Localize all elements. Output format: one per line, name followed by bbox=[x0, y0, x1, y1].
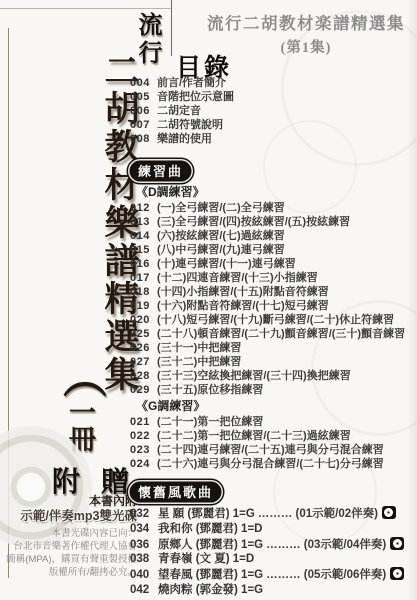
toc-item: 023(二十四)連弓練習/(二十五)連弓與分弓混合練習 bbox=[130, 443, 417, 457]
header-title: 流行二胡教材楽譜精選集 bbox=[200, 10, 412, 34]
toc-list: 004前言/作者簡介 005音階把位示意圖 006二胡定音 007二胡符號說明 … bbox=[130, 76, 417, 598]
item-title: (二十四)連弓練習/(二十五)連弓與分弓混合練習 bbox=[157, 444, 384, 456]
item-title: (十八)短弓練習/(十九)斷弓練習/(二十)休止符練習 bbox=[157, 314, 394, 326]
cd-track-info: ……… (05示範/06伴奏) bbox=[266, 569, 386, 581]
toc-item: 027(三十二)中把練習 bbox=[130, 355, 417, 369]
copyright-note: 本書光碟內容已向： 台北市音樂著作權代理人協會 簡稱(MPA)，購買有聲重製授權… bbox=[4, 527, 137, 579]
toc-item: 017(十二)四連音練習/(十三)小指練習 bbox=[130, 271, 417, 285]
toc-item: 029(三十五)原位移指練習 bbox=[130, 383, 417, 397]
page-number: 017 bbox=[130, 271, 153, 285]
item-title: (三十一)中把練習 bbox=[157, 342, 241, 354]
item-title: 音階把位示意圖 bbox=[157, 91, 234, 103]
cd-track-info: ……… (01示範/02伴奏) bbox=[258, 508, 378, 520]
page-number: 005 bbox=[130, 90, 153, 104]
cd-track-info: ……… (03示範/04伴奏) bbox=[266, 539, 386, 551]
copyright-note-line: 台北市音樂著作權代理人協會 bbox=[4, 540, 137, 553]
page-number: 020 bbox=[130, 313, 153, 327]
page-number: 029 bbox=[130, 383, 153, 397]
page-number: 016 bbox=[130, 257, 153, 271]
item-title: (三)全弓練習/(四)按絃練習/(五)按絃練習 bbox=[157, 216, 350, 228]
page-number: 008 bbox=[130, 132, 153, 146]
item-title: (二十六)連弓與分弓混合練習/(二十七)分弓練習 bbox=[157, 458, 384, 470]
page-number: 006 bbox=[130, 104, 153, 118]
page-frame-top-line bbox=[0, 8, 171, 9]
toc-item: 005音階把位示意圖 bbox=[130, 90, 417, 104]
page-number: 027 bbox=[130, 355, 153, 369]
song-item: 040望春風 (鄧麗君) 1=G……… (05示範/06伴奏) bbox=[130, 567, 417, 583]
toc-item: 018(十四)小指練習/(十五)附點音符練習 bbox=[130, 285, 417, 299]
song-title: 我和你 (鄧麗君) 1=D bbox=[158, 523, 262, 535]
page-number: 028 bbox=[130, 369, 153, 383]
cd-icon bbox=[390, 567, 404, 580]
toc-item: 024(二十六)連弓與分弓混合練習/(二十七)分弓練習 bbox=[130, 457, 417, 471]
group-label-g-key: 《G調練習》 bbox=[136, 399, 417, 414]
page-number: 026 bbox=[130, 341, 153, 355]
toc-item: 013(三)全弓練習/(四)按絃練習/(五)按絃練習 bbox=[130, 215, 417, 229]
item-title: 樂譜的使用 bbox=[157, 133, 212, 145]
page-number: 007 bbox=[130, 118, 153, 132]
toc-item: 025(二十八)頓音練習/(二十九)顫音練習/(三十)顫音練習 bbox=[130, 327, 417, 341]
toc-item: 028(三十三)空絃換把練習/(三十四)換把練習 bbox=[130, 369, 417, 383]
page-number: 024 bbox=[130, 457, 153, 471]
song-title: 望春風 (鄧麗君) 1=G bbox=[158, 569, 263, 581]
page-number: 042 bbox=[130, 583, 154, 598]
copyright-note-line: 版權所有/翻拷必究。 bbox=[4, 566, 137, 579]
page-number: 018 bbox=[130, 285, 153, 299]
toc-item: 026(三十一)中把練習 bbox=[130, 341, 417, 355]
section-badge-exercises: 練習曲 bbox=[128, 159, 193, 183]
song-item: 038青春嶺 (文 夏) 1=D bbox=[130, 552, 417, 567]
toc-item: 006二胡定音 bbox=[130, 104, 417, 118]
page-number: 032 bbox=[130, 507, 154, 522]
item-title: (二十一)第一把位練習 bbox=[157, 416, 263, 428]
page-number: 022 bbox=[130, 429, 153, 443]
page-number: 021 bbox=[130, 415, 153, 429]
page-number: 034 bbox=[130, 522, 154, 537]
page-number: 019 bbox=[130, 299, 153, 313]
song-title: 星 願 (鄧麗君) 1=G bbox=[158, 508, 255, 520]
page-number: 025 bbox=[130, 327, 153, 341]
toc-item: 015(八)中弓練習/(九)連弓練習 bbox=[130, 243, 417, 257]
copyright-note-line: 簡稱(MPA)，購買有聲重製授權 bbox=[4, 553, 137, 566]
song-title: 燒肉粽 (郭金發) 1=G bbox=[158, 584, 263, 596]
page-number: 023 bbox=[130, 443, 153, 457]
toc-item: 020(十八)短弓練習/(十九)斷弓練習/(二十)休止符練習 bbox=[130, 313, 417, 327]
item-title: (八)中弓練習/(九)連弓練習 bbox=[157, 244, 285, 256]
toc-item: 021(二十一)第一把位練習 bbox=[130, 415, 417, 429]
item-title: (三十三)空絃換把練習/(三十四)換把練習 bbox=[157, 370, 351, 382]
page-number: 013 bbox=[130, 215, 153, 229]
page-number: 015 bbox=[130, 243, 153, 257]
item-title: (十)連弓練習/(十一)連弓練習 bbox=[157, 258, 296, 270]
item-title: (一)全弓練習/(二)全弓練習 bbox=[157, 202, 285, 214]
item-title: (六)按絃練習/(七)過絃練習 bbox=[157, 230, 285, 242]
cd-icon bbox=[382, 506, 396, 519]
cd-icon bbox=[390, 537, 404, 550]
item-title: 二胡定音 bbox=[157, 105, 201, 117]
toc-item: 007二胡符號說明 bbox=[130, 118, 417, 132]
page-number: 004 bbox=[130, 76, 153, 90]
page-number: 014 bbox=[130, 229, 153, 243]
song-item: 034我和你 (鄧麗君) 1=D bbox=[130, 522, 417, 537]
song-title: 原鄉人 (鄧麗君) 1=G bbox=[158, 539, 263, 551]
song-item: 032星 願 (鄧麗君) 1=G……… (01示範/02伴奏) bbox=[130, 506, 417, 522]
item-title: (十二)四連音練習/(十三)小指練習 bbox=[157, 272, 318, 284]
page-frame-divider-line bbox=[171, 0, 172, 56]
toc-page: 流行 二胡教材樂譜精選集 （一冊 附 贈 本書內附 示範/伴奏mp3雙光碟 本書… bbox=[0, 0, 417, 600]
section-badge-nostalgic-songs: 懷舊風歌曲 bbox=[128, 480, 223, 504]
song-title: 青春嶺 (文 夏) 1=D bbox=[158, 553, 254, 565]
toc-item: 014(六)按絃練習/(七)過絃練習 bbox=[130, 229, 417, 243]
page-number: 036 bbox=[130, 538, 154, 553]
page-number: 012 bbox=[130, 201, 153, 215]
page-number: 038 bbox=[130, 552, 154, 567]
volume-paren: （ bbox=[56, 354, 105, 398]
item-title: (三十五)原位移指練習 bbox=[157, 384, 263, 396]
group-label-d-key: 《D調練習》 bbox=[136, 185, 417, 200]
gift-subtitle-2: 示範/伴奏mp3雙光碟 bbox=[4, 506, 137, 524]
item-title: 二胡符號說明 bbox=[157, 119, 223, 131]
song-item: 036原鄉人 (鄧麗君) 1=G……… (03示範/04伴奏) bbox=[130, 537, 417, 553]
item-title: (十四)小指練習/(十五)附點音符練習 bbox=[157, 286, 329, 298]
item-title: (三十二)中把練習 bbox=[157, 356, 241, 368]
item-title: (十六)附點音符練習/(十七)短弓練習 bbox=[157, 300, 329, 312]
toc-item: 004前言/作者簡介 bbox=[130, 76, 417, 90]
item-title: (二十八)頓音練習/(二十九)顫音練習/(三十)顫音練習 bbox=[157, 328, 405, 340]
toc-item: 016(十)連弓練習/(十一)連弓練習 bbox=[130, 257, 417, 271]
toc-item: 022(二十二)第一把位練習/(二十三)過絃練習 bbox=[130, 429, 417, 443]
toc-item: 012(一)全弓練習/(二)全弓練習 bbox=[130, 201, 417, 215]
page-number: 040 bbox=[130, 568, 154, 583]
copyright-note-line: 本書光碟內容已向： bbox=[4, 527, 137, 540]
toc-item: 008樂譜的使用 bbox=[130, 132, 417, 146]
toc-item: 019(十六)附點音符練習/(十七)短弓練習 bbox=[130, 299, 417, 313]
item-title: 前言/作者簡介 bbox=[157, 77, 226, 89]
item-title: (二十二)第一把位練習/(二十三)過絃練習 bbox=[157, 430, 351, 442]
song-item: 042燒肉粽 (郭金發) 1=G bbox=[130, 583, 417, 598]
